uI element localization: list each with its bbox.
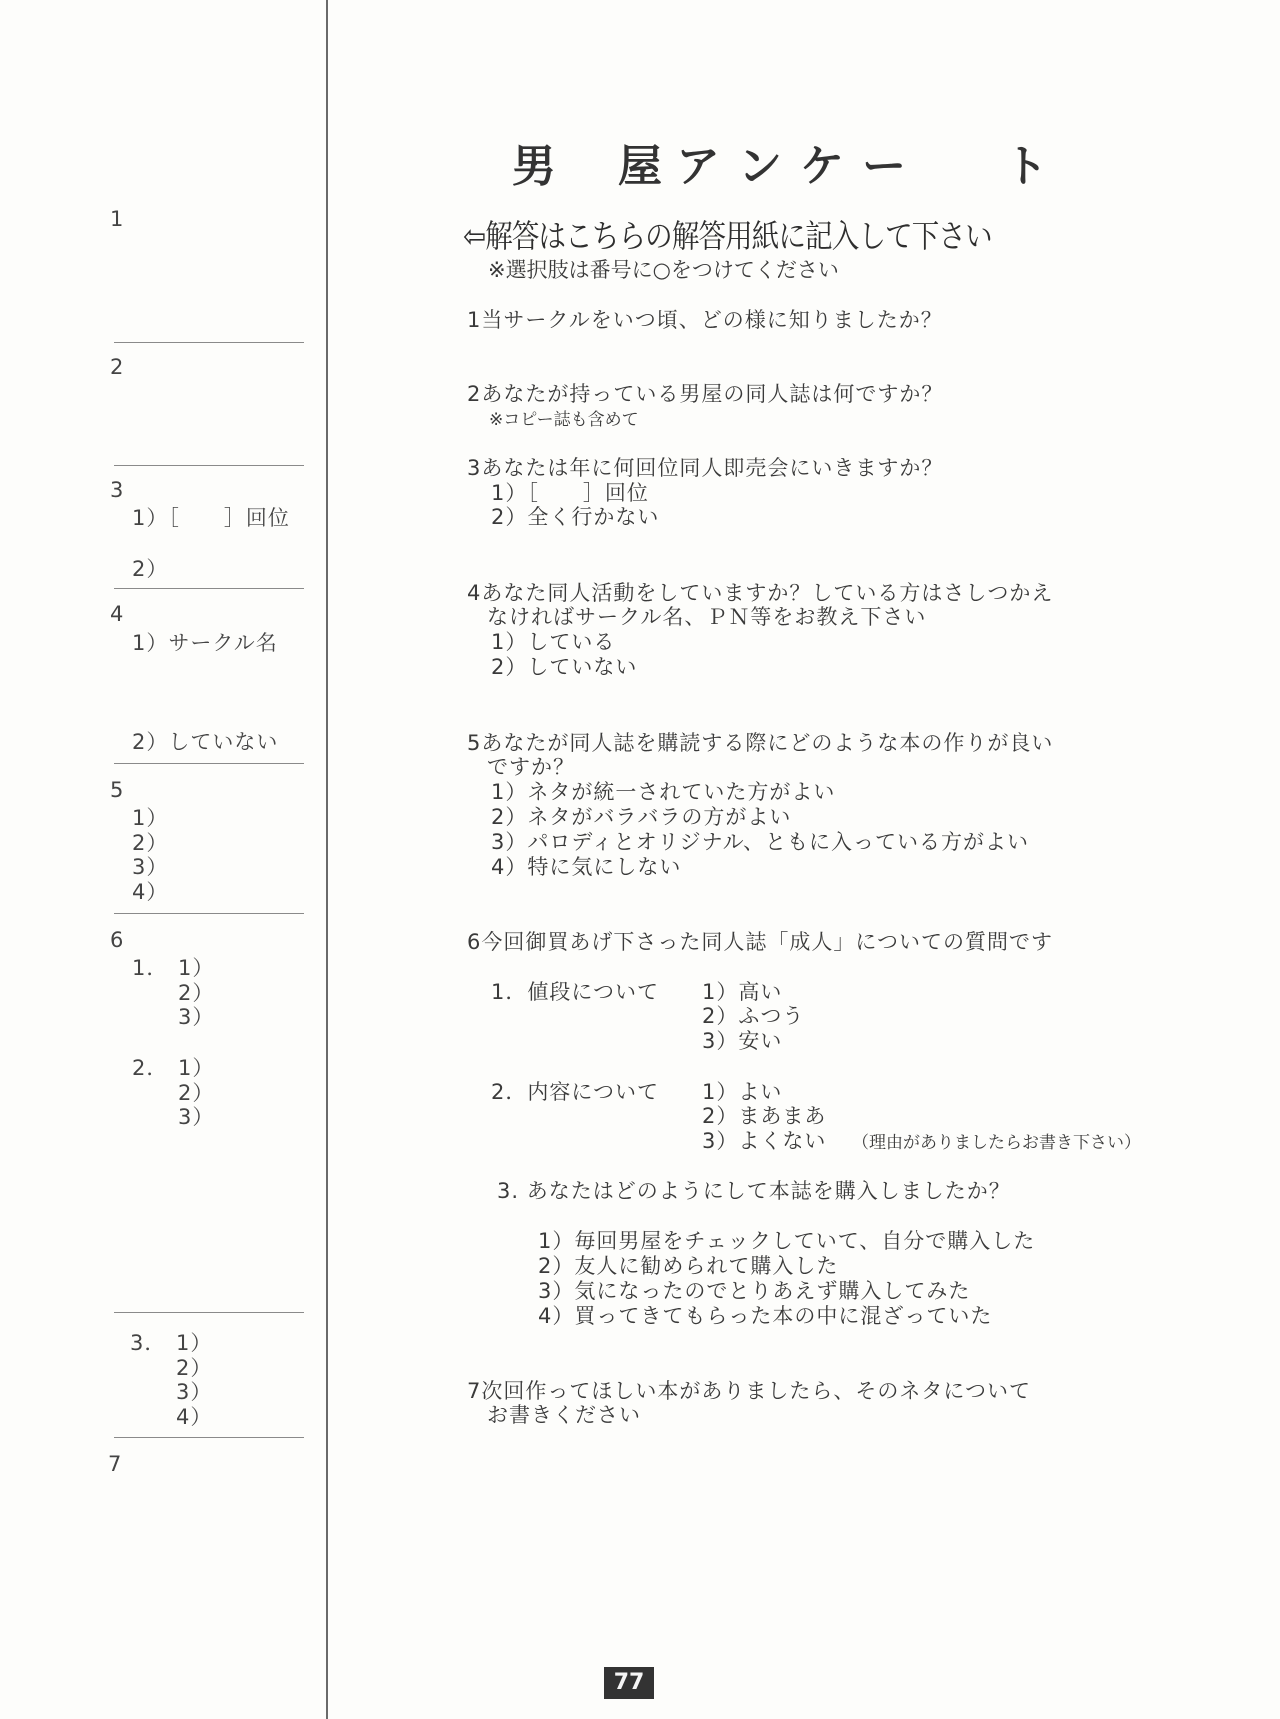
title-char: 男 [512,130,556,194]
answer-divider [114,763,304,764]
answer-3-option-1[interactable]: 1）［ ］回位 [132,502,290,532]
question-6-sub1-option-3: 3）安い [702,1025,782,1055]
question-6-sub2-label: 2．内容について [491,1076,659,1106]
instruction-heading: ⇦解答はこちらの解答用紙に記入して下さい [463,211,992,257]
title-char: ア [676,130,720,194]
answer-4-option-1[interactable]: 1）サークル名 [132,627,278,657]
answer-2-label: 2 [110,355,123,379]
answer-5-option-4[interactable]: 4） [132,876,168,906]
page-title: 男 屋 ア ン ケ ー ト [0,130,1280,186]
answer-6-sub3-label: 3． [130,1327,166,1357]
answer-divider [114,342,304,343]
question-6-sub1-label: 1．値段について [491,976,659,1006]
answer-6-sub3-option-4[interactable]: 4） [176,1401,212,1431]
answer-6-sub1-label: 1． [132,952,168,982]
question-6-sub3-option-4: 4）買ってきてもらった本の中に混ざっていた [538,1300,992,1330]
question-1: 1当サークルをいつ頃、どの様に知りましたか？ [467,304,943,334]
title-char: ー [862,130,906,194]
instruction-note: ※選択肢は番号に○をつけてください [488,254,839,284]
answer-4-label: 4 [110,602,123,626]
answer-divider [114,1437,304,1438]
answer-5-label: 5 [110,778,123,802]
answer-6-sub2-label: 2． [132,1052,168,1082]
answer-6-sub2-option-3[interactable]: 3） [178,1101,214,1131]
answer-1-label: 1 [110,207,123,231]
answer-3-label: 3 [110,478,123,502]
answer-7-label: 7 [108,1452,121,1476]
question-2-note: ※コピー誌も含めて [489,405,639,430]
title-char: ケ [800,130,844,194]
answer-6-sub1-option-3[interactable]: 3） [178,1001,214,1031]
answer-divider [114,465,304,466]
title-char: 屋 [618,130,662,194]
question-6-sub2-note: （理由がありましたらお書き下さい） [852,1128,1141,1153]
question-6-sub3: 3. あなたはどのようにして本誌を購入しましたか？ [497,1175,1011,1205]
question-7-line-2: お書きください [487,1399,641,1429]
question-2: 2あなたが持っている男屋の同人誌は何ですか？ [467,378,943,408]
answer-6-label: 6 [110,928,123,952]
column-divider [326,0,328,1719]
question-4-option-2: 2）していない [491,651,637,681]
answer-divider [114,588,304,589]
question-3-option-2: 2）全く行かない [491,501,659,531]
question-6-sub2-option-3: 3）よくない [702,1125,826,1155]
question-6: 6今回御買あげ下さった同人誌「成人」についての質問です [467,926,1053,956]
title-char: ン [738,130,782,194]
title-char: ト [1004,130,1048,194]
answer-3-option-2[interactable]: 2） [132,553,168,583]
page-number: 77 [604,1667,654,1699]
answer-divider [114,913,304,914]
answer-4-option-2[interactable]: 2）していない [132,726,278,756]
question-5-option-4: 4）特に気にしない [491,851,681,881]
answer-divider [114,1312,304,1313]
